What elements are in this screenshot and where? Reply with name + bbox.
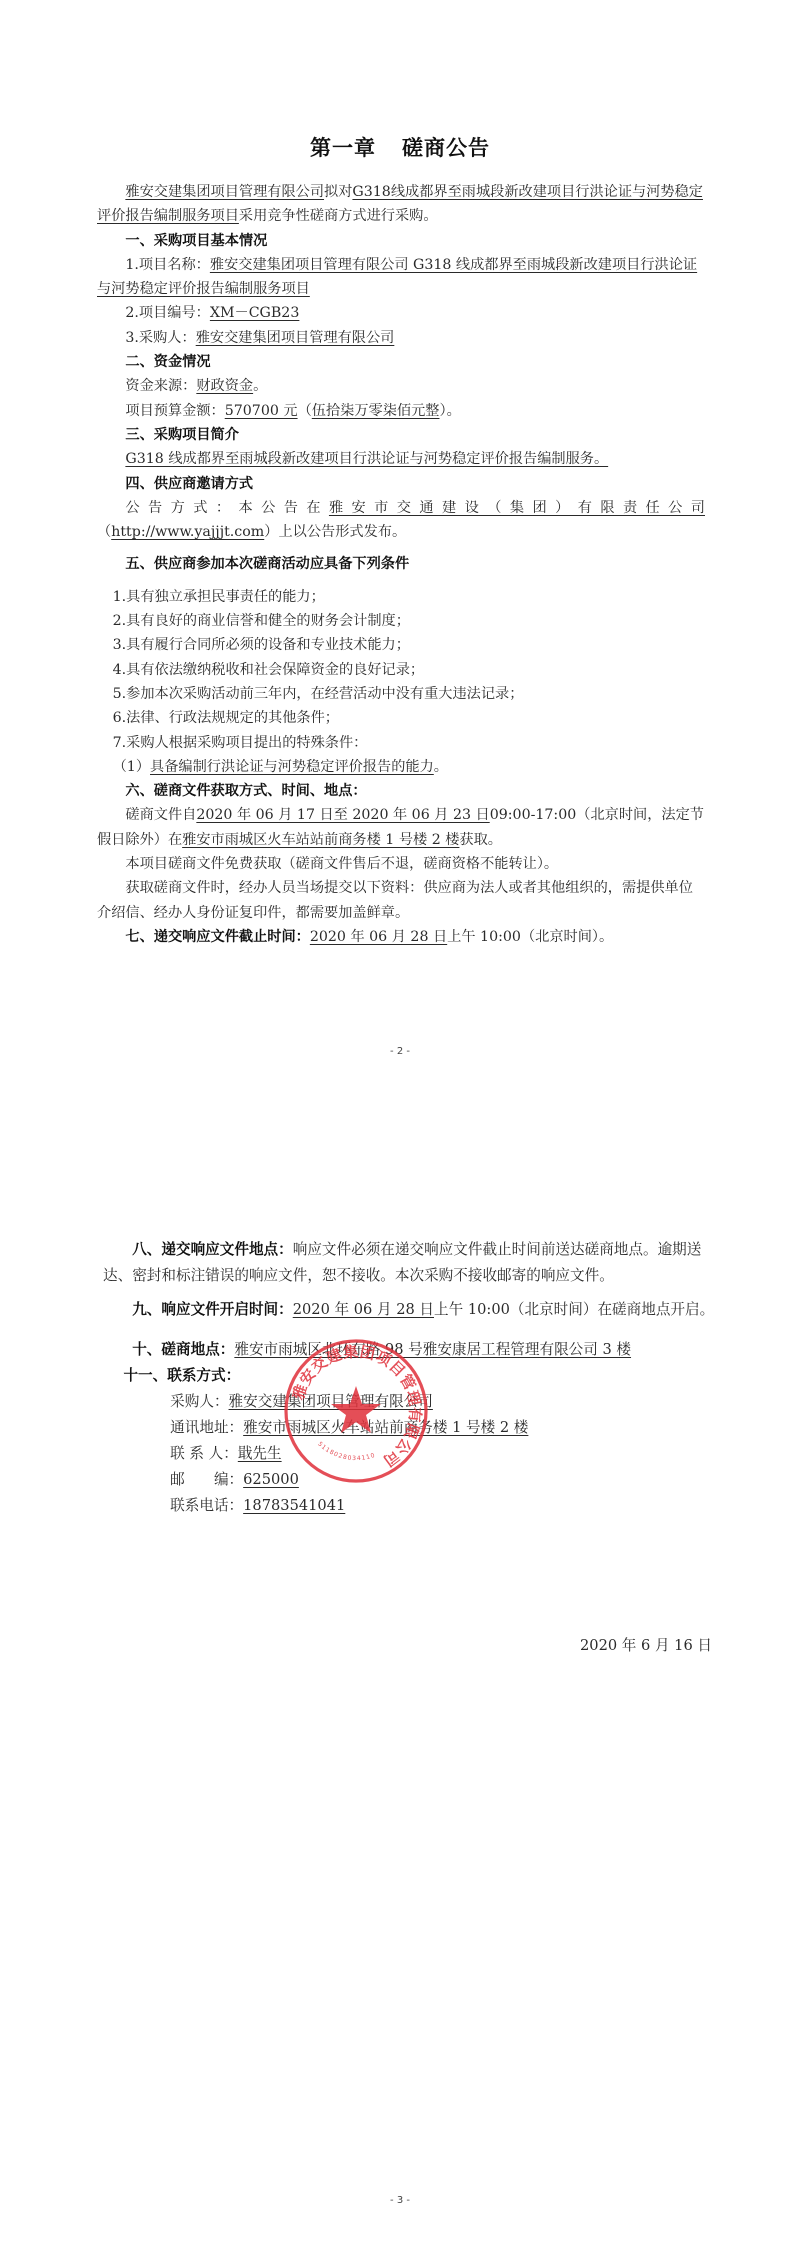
- project-name-label: 1.项目名称：: [125, 257, 209, 273]
- purchaser-row: 3.采购人：雅安交建集团项目管理有限公司: [97, 326, 705, 350]
- budget-label: 项目预算金额：: [125, 403, 224, 419]
- announcement-body: 雅安交建集团项目管理有限公司拟对G318线成都界至雨城段新改建项目行洪论证与河势…: [97, 180, 705, 949]
- section-1-heading: 一、采购项目基本情况: [97, 229, 705, 253]
- project-name-row: 1.项目名称：雅安交建集团项目管理有限公司 G318 线成都界至雨城段新改建项目…: [97, 253, 705, 302]
- section-7-heading: 七、递交响应文件截止时间：: [125, 929, 309, 945]
- punct: （: [298, 403, 312, 419]
- publisher-url-link[interactable]: http://www.yajjjt.com: [111, 524, 264, 540]
- document-page-3: 八、递交响应文件地点：响应文件必须在递交响应文件截止时间前送达磋商地点。逾期送达…: [0, 1070, 800, 2261]
- publish-method-line1: 公告方式：本公告在雅安市交通建设（集团）有限责任公司: [97, 496, 705, 520]
- document-page-2: 第一章磋商公告 雅安交建集团项目管理有限公司拟对G318线成都界至雨城段新改建项…: [0, 0, 800, 1070]
- contact-label: 采购人：: [170, 1393, 228, 1410]
- fund-source-label: 资金来源：: [125, 378, 196, 394]
- project-number-value: XM－CGB23: [210, 305, 299, 321]
- section-5-heading: 五、供应商参加本次磋商活动应具备下列条件: [97, 552, 705, 576]
- section-11-heading: 十一、联系方式：: [103, 1363, 725, 1389]
- condition-item: 1.具有独立承担民事责任的能力；: [97, 585, 705, 609]
- condition-item: 4.具有依法缴纳税收和社会保障资金的良好记录；: [97, 658, 705, 682]
- purchaser-name: 雅安交建集团项目管理有限公司: [125, 184, 324, 200]
- section-10-heading: 十、磋商地点：: [132, 1341, 234, 1358]
- project-summary-text: G318 线成都界至雨城段新改建项目行洪论证与河势稳定评价报告编制服务。: [125, 451, 608, 467]
- special-condition: （1）具备编制行洪论证与河势稳定评价报告的能力。: [97, 755, 705, 779]
- contact-person: 联 系 人：戢先生: [103, 1441, 725, 1467]
- purchaser-value: 雅安交建集团项目管理有限公司: [196, 330, 395, 346]
- section-7-deadline: 七、递交响应文件截止时间：2020 年 06 月 28 日上午 10:00（北京…: [97, 925, 705, 949]
- section-8-heading: 八、递交响应文件地点：: [132, 1241, 293, 1258]
- acquisition-dates: 2020 年 06 月 17 日至 2020 年 06 月 23 日: [196, 807, 489, 823]
- intro-connector: 拟对: [324, 184, 352, 200]
- acquisition-place: 雅安市雨城区火车站站前商务楼 1 号楼 2 楼: [182, 832, 459, 848]
- acquisition-end: 获取。: [459, 832, 502, 848]
- contact-value: 雅安交建集团项目管理有限公司: [229, 1393, 433, 1410]
- contact-value: 戢先生: [238, 1445, 282, 1462]
- fund-source-row: 资金来源：财政资金。: [97, 374, 705, 398]
- publish-method-label: 公告方式：本公告在: [125, 500, 329, 516]
- doc-required-materials: 获取磋商文件时，经办人员当场提交以下资料：供应商为法人或者其他组织的，需提供单位…: [97, 876, 705, 925]
- condition-item: 2.具有良好的商业信誉和健全的财务会计制度；: [97, 609, 705, 633]
- contact-phone: 联系电话：18783541041: [103, 1493, 725, 1519]
- consultation-location: 雅安市雨城区北环东路 98 号雅安康居工程管理有限公司 3 楼: [234, 1341, 631, 1358]
- special-condition-text: 具备编制行洪论证与河势稳定评价报告的能力: [150, 759, 434, 775]
- condition-item: 6.法律、行政法规规定的其他条件；: [97, 706, 705, 730]
- announcement-body-continued: 八、递交响应文件地点：响应文件必须在递交响应文件截止时间前送达磋商地点。逾期送达…: [103, 1237, 725, 1519]
- purchaser-label: 3.采购人：: [125, 330, 195, 346]
- publish-method-line2: （http://www.yajjjt.com）上以公告形式发布。: [97, 520, 705, 544]
- deadline-date: 2020 年 06 月 28 日: [310, 929, 447, 945]
- contact-postcode: 邮 编：625000: [103, 1467, 725, 1493]
- section-8: 八、递交响应文件地点：响应文件必须在递交响应文件截止时间前送达磋商地点。逾期送达…: [103, 1237, 725, 1289]
- project-number-label: 2.项目编号：: [125, 305, 209, 321]
- acquisition-prefix: 磋商文件自: [125, 807, 196, 823]
- intro-tail: 采用竞争性磋商方式进行采购。: [239, 208, 438, 224]
- condition-item: 7.采购人根据采购项目提出的特殊条件：: [97, 731, 705, 755]
- fund-source-value: 财政资金: [196, 378, 253, 394]
- special-condition-number: （1）: [113, 759, 150, 775]
- punct: 。: [434, 759, 448, 775]
- contact-value: 雅安市雨城区火车站站前商务楼 1 号楼 2 楼: [243, 1419, 528, 1436]
- budget-amount: 570700 元: [225, 403, 298, 419]
- punct: 。: [253, 378, 267, 394]
- project-summary: G318 线成都界至雨城段新改建项目行洪论证与河势稳定评价报告编制服务。: [97, 447, 705, 471]
- contact-label: 邮 编：: [170, 1471, 243, 1488]
- chapter-number: 第一章: [310, 136, 376, 160]
- section-10: 十、磋商地点：雅安市雨城区北环东路 98 号雅安康居工程管理有限公司 3 楼: [103, 1337, 725, 1363]
- deadline-time: 上午 10:00（北京时间）。: [447, 929, 613, 945]
- opening-time: 上午 10:00（北京时间）在磋商地点开启。: [434, 1301, 714, 1318]
- announcement-date: 2020 年 6 月 16 日: [580, 1634, 712, 1655]
- doc-acquisition-time: 磋商文件自2020 年 06 月 17 日至 2020 年 06 月 23 日0…: [97, 803, 705, 852]
- punct: （: [97, 524, 111, 540]
- contact-label: 通讯地址：: [170, 1419, 243, 1436]
- contact-address: 通讯地址：雅安市雨城区火车站站前商务楼 1 号楼 2 楼: [103, 1415, 725, 1441]
- project-number-row: 2.项目编号：XM－CGB23: [97, 301, 705, 325]
- publish-method-tail: ）上以公告形式发布。: [264, 524, 406, 540]
- section-9: 九、响应文件开启时间：2020 年 06 月 28 日上午 10:00（北京时间…: [103, 1297, 725, 1323]
- condition-list: 1.具有独立承担民事责任的能力； 2.具有良好的商业信誉和健全的财务会计制度； …: [97, 585, 705, 779]
- chapter-name: 磋商公告: [402, 136, 490, 160]
- contact-purchaser: 采购人：雅安交建集团项目管理有限公司: [103, 1389, 725, 1415]
- budget-amount-words: 伍拾柒万零柒佰元整: [312, 403, 440, 419]
- contact-value: 625000: [243, 1471, 299, 1488]
- opening-date: 2020 年 06 月 28 日: [293, 1301, 434, 1318]
- page-number: - 3 -: [0, 2195, 800, 2206]
- punct: ）。: [439, 403, 460, 419]
- publisher-company: 雅安市交通建设（集团）有限责任公司: [329, 500, 705, 516]
- section-3-heading: 三、采购项目简介: [97, 423, 705, 447]
- section-4-heading: 四、供应商邀请方式: [97, 472, 705, 496]
- contact-value: 18783541041: [243, 1497, 345, 1514]
- chapter-title: 第一章磋商公告: [0, 132, 800, 162]
- condition-item: 3.具有履行合同所必须的设备和专业技术能力；: [97, 633, 705, 657]
- contact-label: 联系电话：: [170, 1497, 243, 1514]
- budget-row: 项目预算金额：570700 元（伍拾柒万零柒佰元整）。: [97, 399, 705, 423]
- doc-free-note: 本项目磋商文件免费获取（磋商文件售后不退，磋商资格不能转让）。: [97, 852, 705, 876]
- condition-item: 5.参加本次采购活动前三年内，在经营活动中没有重大违法记录；: [97, 682, 705, 706]
- section-6-heading: 六、磋商文件获取方式、时间、地点：: [97, 779, 705, 803]
- section-9-heading: 九、响应文件开启时间：: [132, 1301, 293, 1318]
- contact-label: 联 系 人：: [170, 1445, 238, 1462]
- intro-paragraph: 雅安交建集团项目管理有限公司拟对G318线成都界至雨城段新改建项目行洪论证与河势…: [97, 180, 705, 229]
- page-number: - 2 -: [0, 1046, 800, 1057]
- section-2-heading: 二、资金情况: [97, 350, 705, 374]
